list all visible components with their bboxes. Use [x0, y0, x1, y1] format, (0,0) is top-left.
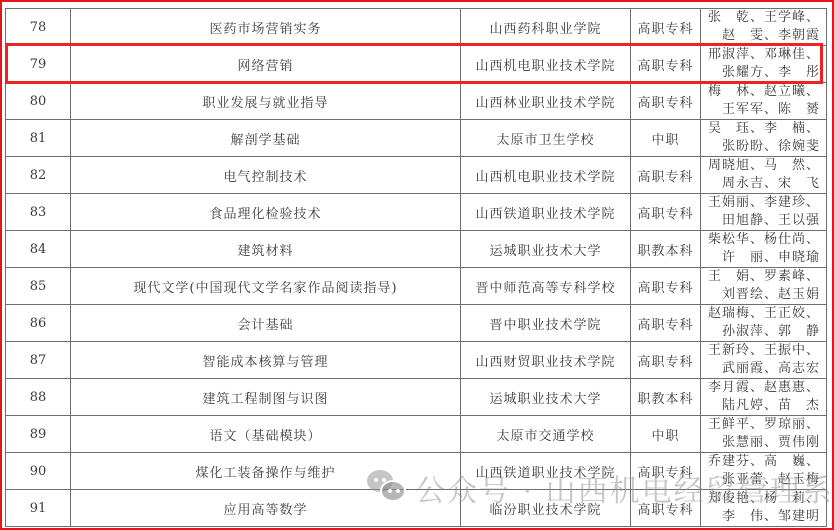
row-number: 87: [6, 342, 71, 379]
school-name: 临汾职业技术学院: [461, 490, 631, 527]
education-level: 高职专科: [631, 305, 701, 342]
teacher-line: 李 伟、邹建明: [701, 508, 820, 526]
teacher-line: 张盼盼、徐婉斐: [701, 138, 820, 156]
teachers: 王新玲、王振中、武丽霞、高志宏: [701, 342, 827, 379]
education-level: 职教本科: [631, 231, 701, 268]
school-name: 山西财贸职业技术学院: [461, 342, 631, 379]
table-row: 79 网络营销 山西机电职业技术学院 高职专科 邢淑萍、邓琳佳、张耀方、李 彤: [6, 46, 827, 83]
teachers: 周晓旭、马 然、周永吉、宋 飞: [701, 157, 827, 194]
school-name: 山西铁道职业技术学院: [461, 453, 631, 490]
education-level: 高职专科: [631, 342, 701, 379]
table-row: 78 医药市场营销实务 山西药科职业学院 高职专科 张 乾、王学峰、赵 雯、李朝…: [6, 9, 827, 46]
teacher-line: 王新玲、王振中、: [701, 342, 820, 360]
teachers: 赵瑞梅、王正姣、孙淑萍、郭 静: [701, 305, 827, 342]
course-name: 会计基础: [71, 305, 461, 342]
table-row: 86 会计基础 晋中职业技术学院 高职专科 赵瑞梅、王正姣、孙淑萍、郭 静: [6, 305, 827, 342]
teacher-line: 张 乾、王学峰、: [701, 9, 820, 27]
course-table: 78 医药市场营销实务 山西药科职业学院 高职专科 张 乾、王学峰、赵 雯、李朝…: [5, 8, 827, 527]
table-row: 91 应用高等数学 临汾职业技术学院 高职专科 郑俊艳、杨 莉、李 伟、邹建明: [6, 490, 827, 527]
school-name: 山西铁道职业技术学院: [461, 194, 631, 231]
teachers: 邢淑萍、邓琳佳、张耀方、李 彤: [701, 46, 827, 83]
school-name: 太原市卫生学校: [461, 120, 631, 157]
education-level: 高职专科: [631, 268, 701, 305]
school-name: 山西药科职业学院: [461, 9, 631, 46]
table-row: 84 建筑材料 运城职业技术大学 职教本科 柴松华、杨仕尚、许 丽、申晓瑜: [6, 231, 827, 268]
row-number: 82: [6, 157, 71, 194]
teacher-line: 吴 珏、李 楠、: [701, 120, 820, 138]
teacher-line: 许 丽、申晓瑜: [701, 249, 820, 267]
course-name: 语文（基础模块）: [71, 416, 461, 453]
teacher-line: 陆凡婷、苗 杰: [701, 397, 820, 415]
school-name: 运城职业技术大学: [461, 379, 631, 416]
course-name: 应用高等数学: [71, 490, 461, 527]
teachers: 王 娟、罗素峰、刘晋绘、赵玉娟: [701, 268, 827, 305]
teacher-line: 田旭静、王以强: [701, 212, 820, 230]
row-number: 86: [6, 305, 71, 342]
course-name: 食品理化检验技术: [71, 194, 461, 231]
teachers: 张 乾、王学峰、赵 雯、李朝霞: [701, 9, 827, 46]
teacher-line: 乔建芬、高 巍、: [701, 453, 820, 471]
school-name: 晋中职业技术学院: [461, 305, 631, 342]
school-name: 山西机电职业技术学院: [461, 46, 631, 83]
education-level: 中职: [631, 416, 701, 453]
teacher-line: 武丽霞、高志宏: [701, 360, 820, 378]
course-name: 医药市场营销实务: [71, 9, 461, 46]
row-number: 83: [6, 194, 71, 231]
row-number: 88: [6, 379, 71, 416]
teachers: 乔建芬、高 巍、张亚蕾、赵玉梅: [701, 453, 827, 490]
teacher-line: 赵 雯、李朝霞: [701, 27, 820, 45]
teachers: 王鲜平、罗琼丽、张慧丽、贾伟刚: [701, 416, 827, 453]
table-row: 82 电气控制技术 山西机电职业技术学院 高职专科 周晓旭、马 然、周永吉、宋 …: [6, 157, 827, 194]
teacher-line: 梅 林、赵立曦、: [701, 83, 820, 101]
education-level: 高职专科: [631, 46, 701, 83]
row-number: 80: [6, 83, 71, 120]
education-level: 高职专科: [631, 453, 701, 490]
school-name: 运城职业技术大学: [461, 231, 631, 268]
education-level: 中职: [631, 120, 701, 157]
row-number: 85: [6, 268, 71, 305]
teachers: 梅 林、赵立曦、王军军、陈 赟: [701, 83, 827, 120]
course-name: 智能成本核算与管理: [71, 342, 461, 379]
teacher-line: 周晓旭、马 然、: [701, 157, 820, 175]
teachers: 郑俊艳、杨 莉、李 伟、邹建明: [701, 490, 827, 527]
teacher-line: 李月霞、赵惠惠、: [701, 379, 820, 397]
teacher-line: 张亚蕾、赵玉梅: [701, 471, 820, 489]
row-number: 79: [6, 46, 71, 83]
school-name: 晋中师范高等专科学校: [461, 268, 631, 305]
course-name: 职业发展与就业指导: [71, 83, 461, 120]
row-number: 91: [6, 490, 71, 527]
table-row: 83 食品理化检验技术 山西铁道职业技术学院 高职专科 王娟丽、李建珍、田旭静、…: [6, 194, 827, 231]
school-name: 山西林业职业技术学院: [461, 83, 631, 120]
education-level: 职教本科: [631, 379, 701, 416]
row-number: 78: [6, 9, 71, 46]
teacher-line: 孙淑萍、郭 静: [701, 323, 820, 341]
school-name: 山西机电职业技术学院: [461, 157, 631, 194]
teacher-line: 赵瑞梅、王正姣、: [701, 305, 820, 323]
education-level: 高职专科: [631, 490, 701, 527]
table-row: 90 煤化工装备操作与维护 山西铁道职业技术学院 高职专科 乔建芬、高 巍、张亚…: [6, 453, 827, 490]
course-name: 解剖学基础: [71, 120, 461, 157]
table-row: 87 智能成本核算与管理 山西财贸职业技术学院 高职专科 王新玲、王振中、武丽霞…: [6, 342, 827, 379]
course-name: 现代文学(中国现代文学名家作品阅读指导): [71, 268, 461, 305]
row-number: 84: [6, 231, 71, 268]
row-number: 89: [6, 416, 71, 453]
teacher-line: 张耀方、李 彤: [701, 64, 820, 82]
course-name: 煤化工装备操作与维护: [71, 453, 461, 490]
education-level: 高职专科: [631, 83, 701, 120]
school-name: 太原市交通学校: [461, 416, 631, 453]
teacher-line: 柴松华、杨仕尚、: [701, 231, 820, 249]
table-row: 81 解剖学基础 太原市卫生学校 中职 吴 珏、李 楠、张盼盼、徐婉斐: [6, 120, 827, 157]
teachers: 王娟丽、李建珍、田旭静、王以强: [701, 194, 827, 231]
education-level: 高职专科: [631, 9, 701, 46]
course-name: 建筑工程制图与识图: [71, 379, 461, 416]
teacher-line: 张慧丽、贾伟刚: [701, 434, 820, 452]
teacher-line: 王军军、陈 赟: [701, 101, 820, 119]
teacher-line: 郑俊艳、杨 莉、: [701, 490, 820, 508]
teachers: 吴 珏、李 楠、张盼盼、徐婉斐: [701, 120, 827, 157]
teachers: 柴松华、杨仕尚、许 丽、申晓瑜: [701, 231, 827, 268]
teachers: 李月霞、赵惠惠、陆凡婷、苗 杰: [701, 379, 827, 416]
table-row: 89 语文（基础模块） 太原市交通学校 中职 王鲜平、罗琼丽、张慧丽、贾伟刚: [6, 416, 827, 453]
teacher-line: 王鲜平、罗琼丽、: [701, 416, 820, 434]
teacher-line: 王娟丽、李建珍、: [701, 194, 820, 212]
teacher-line: 刘晋绘、赵玉娟: [701, 286, 820, 304]
table-row: 85 现代文学(中国现代文学名家作品阅读指导) 晋中师范高等专科学校 高职专科 …: [6, 268, 827, 305]
education-level: 高职专科: [631, 157, 701, 194]
course-name: 电气控制技术: [71, 157, 461, 194]
teacher-line: 邢淑萍、邓琳佳、: [701, 46, 820, 64]
table-row: 80 职业发展与就业指导 山西林业职业技术学院 高职专科 梅 林、赵立曦、王军军…: [6, 83, 827, 120]
course-name: 建筑材料: [71, 231, 461, 268]
row-number: 81: [6, 120, 71, 157]
table-row: 88 建筑工程制图与识图 运城职业技术大学 职教本科 李月霞、赵惠惠、陆凡婷、苗…: [6, 379, 827, 416]
teacher-line: 王 娟、罗素峰、: [701, 268, 820, 286]
teacher-line: 周永吉、宋 飞: [701, 175, 820, 193]
course-name: 网络营销: [71, 46, 461, 83]
education-level: 高职专科: [631, 194, 701, 231]
row-number: 90: [6, 453, 71, 490]
